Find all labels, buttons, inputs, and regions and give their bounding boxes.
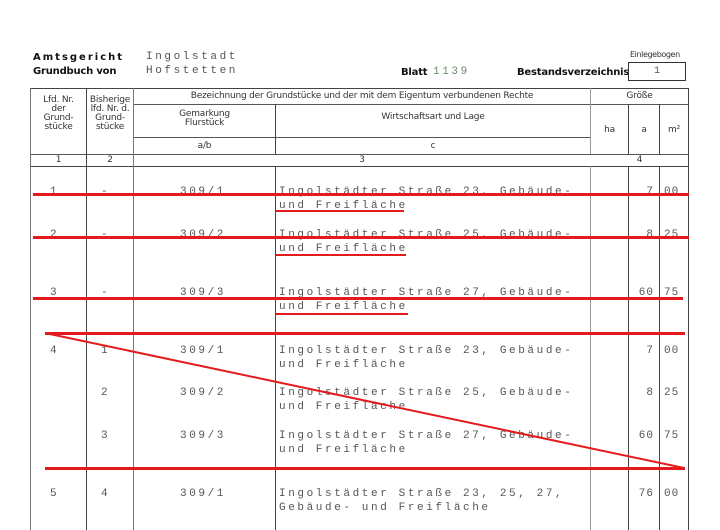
- diagonal-cancel-stroke: [0, 0, 720, 530]
